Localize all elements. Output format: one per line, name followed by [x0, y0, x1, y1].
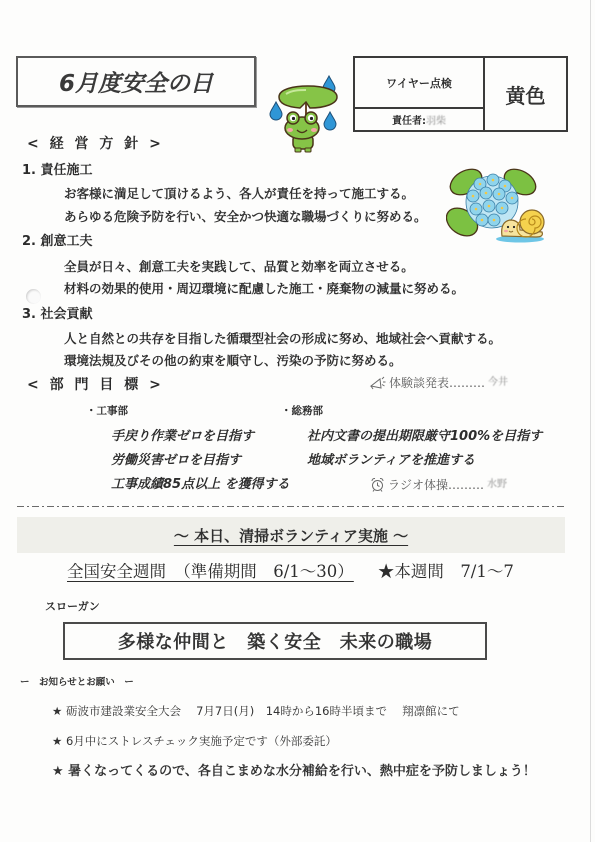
construction-dept-label: ・工事部: [86, 405, 128, 417]
safety-week-preparation: 全国安全週間 （準備期間 6/1～30）: [67, 562, 354, 581]
radio-exercise-name: 水野: [487, 478, 507, 492]
slogan-label: スローガン: [45, 601, 100, 613]
inspection-item: ワイヤー点検: [355, 58, 483, 109]
experience-talk-item: 体験談発表……… 今井: [369, 376, 508, 390]
policy-item-line: 人と自然との共存を目指した循環型社会の形成に努め、地域社会へ貢献する。: [64, 332, 501, 346]
policy-item-line: 環境法規及びその他の約束を順守し、汚染の予防に努める。: [64, 354, 402, 368]
title-box: 6月度安全の日: [16, 56, 256, 107]
dash-dot-divider: [17, 506, 565, 507]
safety-week-main-period: ★本週間 7/1～7: [378, 562, 514, 581]
construction-goal: 工事成績85点以上 を獲得する: [111, 478, 290, 492]
notice-item: ★ 暑くなってくるので、各自こまめな水分補給を行い、熱中症を予防しましょう！: [52, 764, 536, 779]
notice-item: ★ 砺波市建設業安全大会 7月7日(月) 14時から16時半頃まで 翔凛館にて: [52, 705, 460, 718]
construction-goal: 労働災害ゼロを目指す: [111, 454, 241, 468]
department-goals-heading: < 部 門 目 標 >: [27, 377, 164, 393]
policy-item-line: 材料の効果的使用・周辺環境に配慮した施工・廃棄物の減量に努める。: [64, 282, 464, 296]
color-of-month: 黄色: [485, 58, 566, 130]
inspection-left-column: ワイヤー点検 責任者: 羽柴: [355, 58, 485, 130]
policy-item-line: あらゆる危険予防を行い、安全かつ快適な職場づくりに努める。: [64, 210, 427, 224]
construction-goal: 手戻り作業ゼロを目指す: [111, 430, 254, 444]
hydrangea-snail-illustration: [446, 160, 550, 244]
alarm-clock-icon: [370, 477, 385, 492]
notice-item: ★ 6月中にストレスチェック実施予定です（外部委託）: [52, 735, 337, 748]
volunteer-banner-text: ～ 本日、清掃ボランティア実施 ～: [174, 525, 408, 546]
policy-item-line: お客様に満足して頂けるよう、各人が責任を持って施工する。: [64, 187, 414, 201]
radio-exercise-label: ラジオ体操………: [388, 478, 484, 492]
frog-umbrella-illustration: [266, 62, 346, 157]
notices-heading: ー お知らせとお願い ー: [20, 677, 134, 688]
general-affairs-goal: 社内文書の提出期限厳守100%を目指す: [307, 430, 542, 444]
general-affairs-goal: 地域ボランティアを推進する: [307, 454, 475, 468]
policy-item-title: 1. 責任施工: [22, 164, 93, 178]
radio-exercise-item: ラジオ体操……… 水野: [370, 477, 507, 492]
page-edge: [590, 0, 591, 842]
page-title: 6月度安全の日: [59, 65, 213, 98]
policy-item-line: 全員が日々、創意工夫を実践して、品質と効率を両立させる。: [64, 260, 414, 274]
slogan-text: 多様な仲間と 築く安全 未来の職場: [118, 628, 433, 654]
policy-item-title: 2. 創意工夫: [22, 235, 93, 249]
responsible-name: 羽柴: [426, 112, 446, 127]
policy-item-title: 3. 社会貢献: [22, 308, 93, 322]
megaphone-icon: [369, 376, 386, 390]
punch-hole: [26, 289, 41, 304]
volunteer-banner: ～ 本日、清掃ボランティア実施 ～: [17, 517, 565, 553]
inspection-table: ワイヤー点検 責任者: 羽柴 黄色: [353, 56, 568, 132]
slogan-box: 多様な仲間と 築く安全 未来の職場: [63, 622, 487, 660]
responsible-label: 責任者:: [392, 112, 426, 127]
safety-week-line: 全国安全週間 （準備期間 6/1～30）★本週間 7/1～7: [67, 563, 514, 581]
experience-talk-label: 体験談発表………: [389, 376, 485, 390]
general-affairs-dept-label: ・総務部: [281, 405, 323, 417]
experience-talk-name: 今井: [488, 376, 508, 390]
responsible-person: 責任者: 羽柴: [355, 109, 483, 130]
policy-heading: < 経 営 方 針 >: [27, 136, 164, 152]
